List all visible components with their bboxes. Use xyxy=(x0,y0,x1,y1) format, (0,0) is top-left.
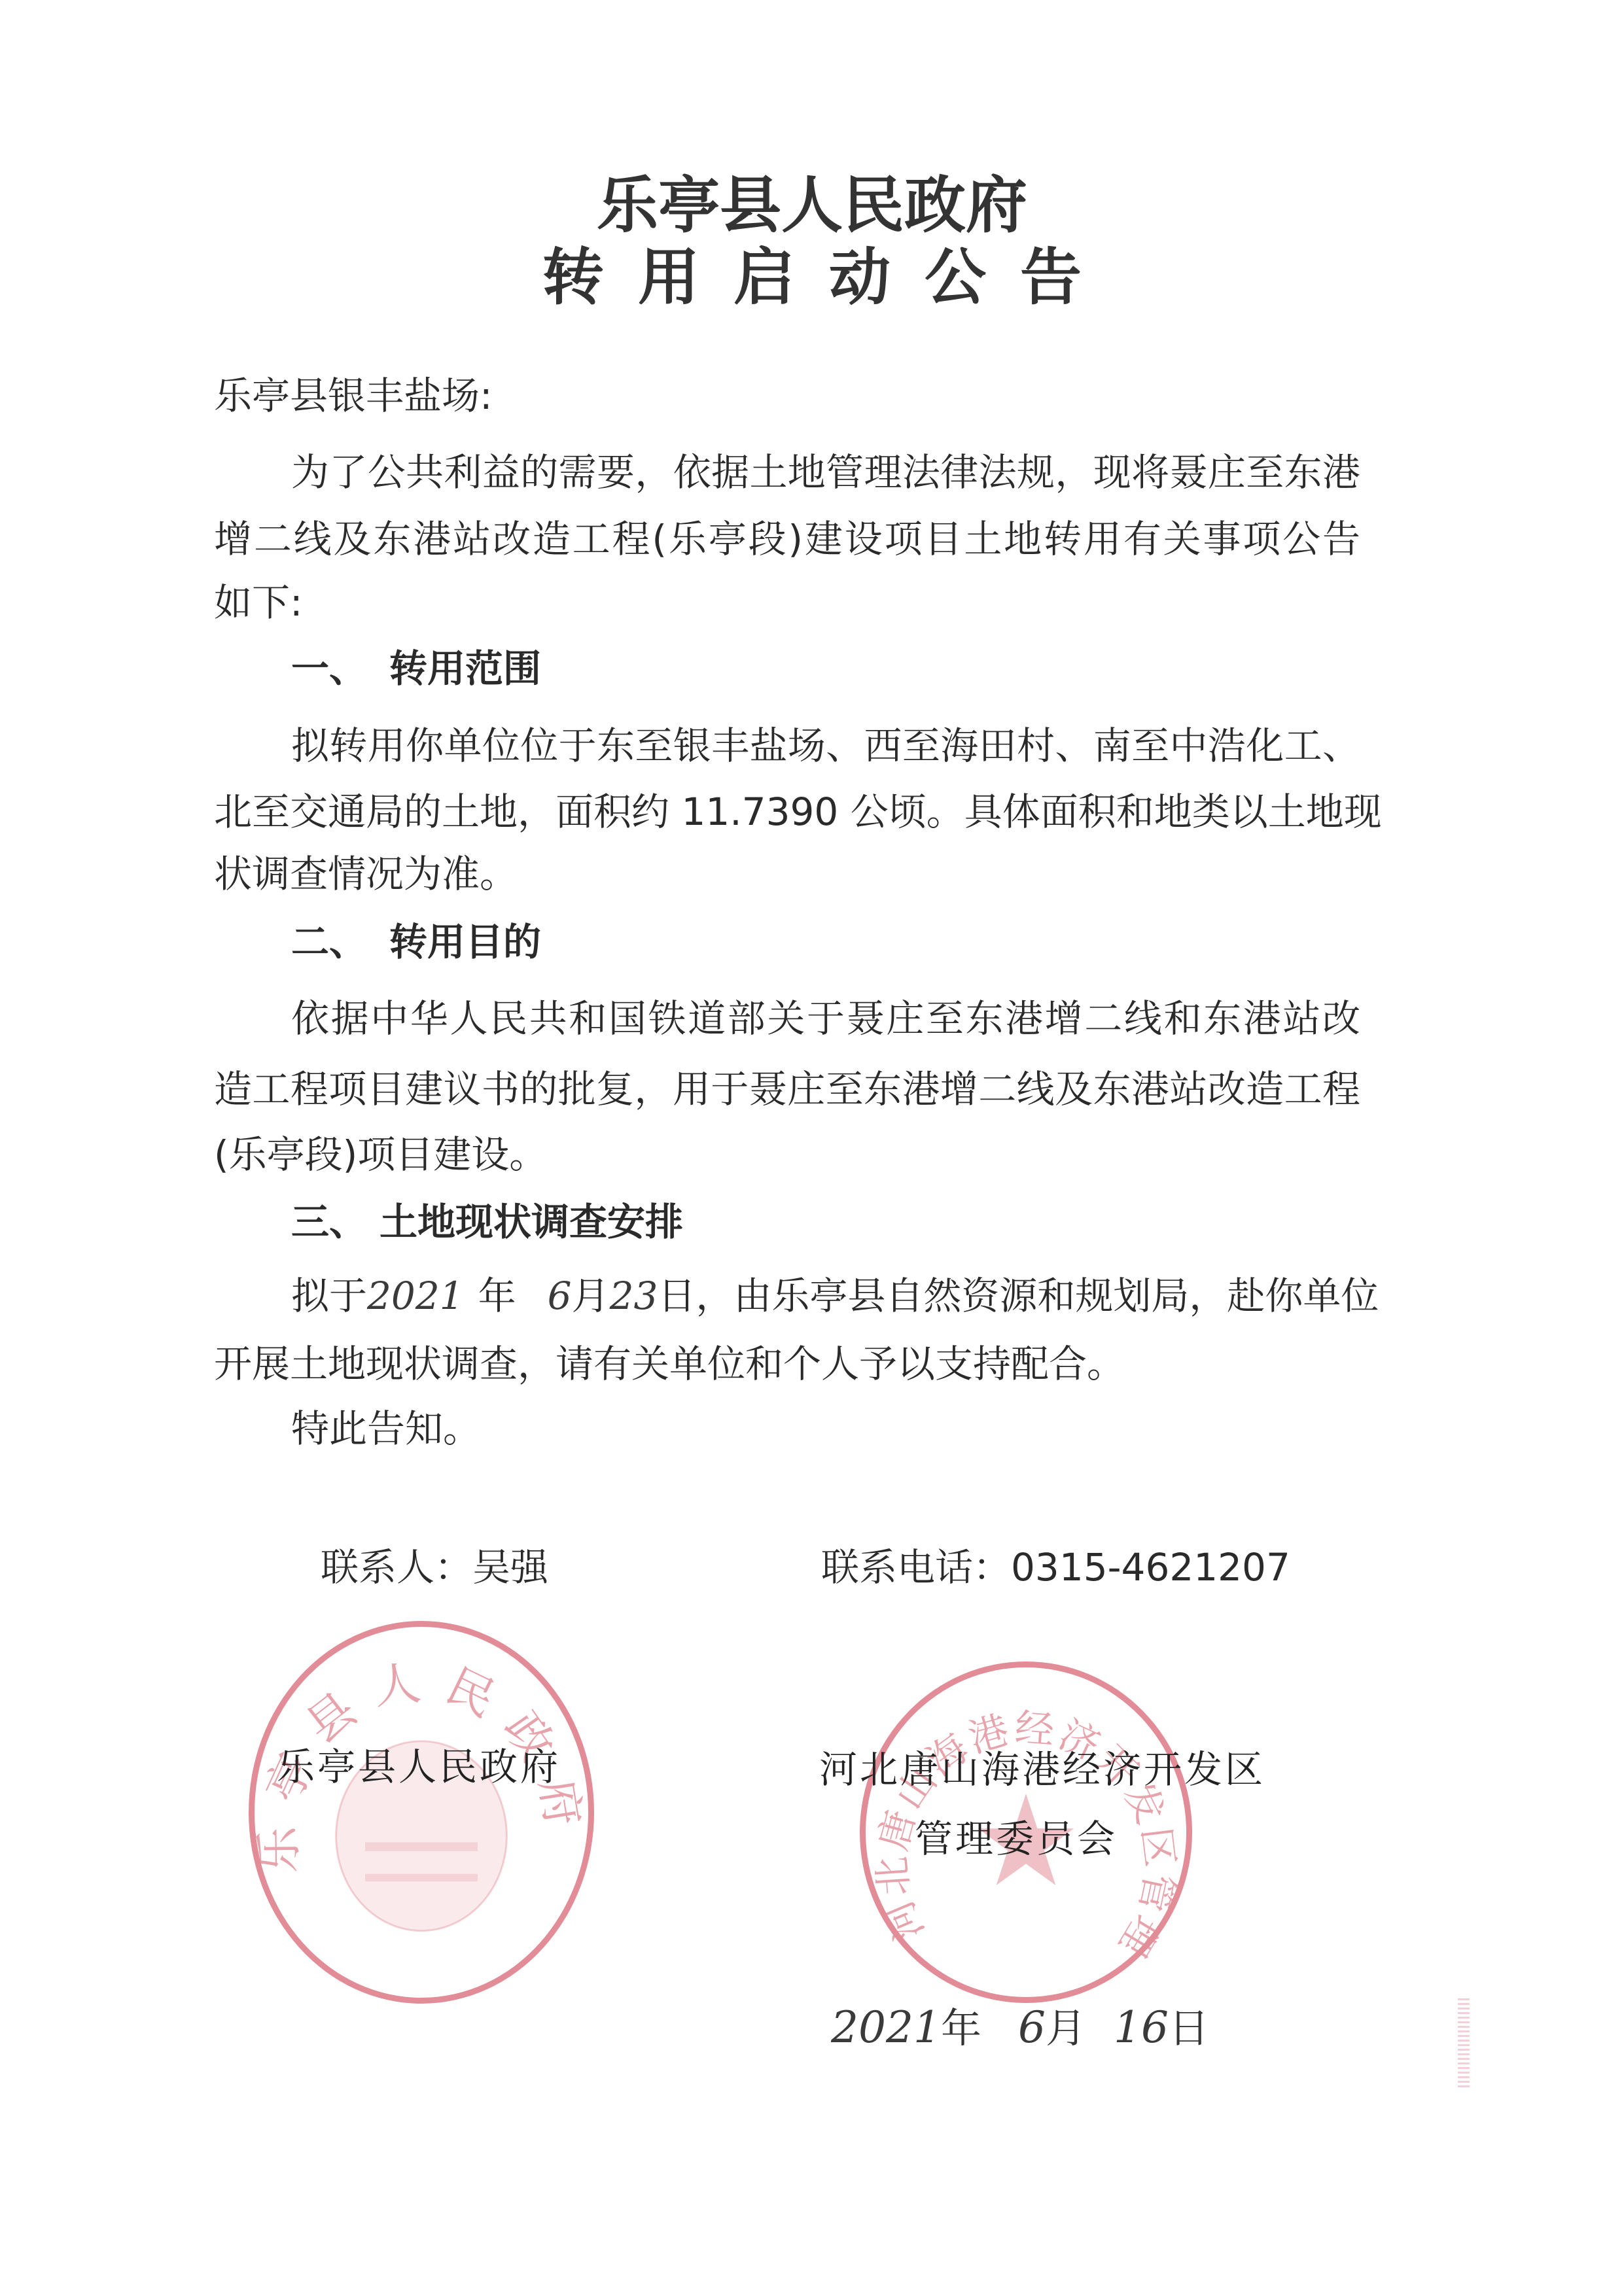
date-year-handwritten: 2021 xyxy=(831,2002,941,2053)
contact-phone-label: 联系电话： xyxy=(821,1545,1011,1590)
section-3-line-1: 拟于2021年6月23日，由乐亭县自然资源和规划局，赴你单位 xyxy=(291,1270,1360,1322)
partial-seal-mark xyxy=(1458,1998,1470,2090)
section-1-heading: 一、转用范围 xyxy=(291,642,541,695)
section-1-title: 转用范围 xyxy=(389,646,541,691)
document-title: 转用启动公告 xyxy=(0,243,1624,311)
left-signatory-label: 乐亭县人民政府 xyxy=(277,1744,561,1790)
seal-emblem-icon: 乐亭县人民政府 xyxy=(255,1627,588,1998)
survey-line-rest: 日，由乐亭县自然资源和规划局，赴你单位 xyxy=(658,1274,1379,1318)
section-3-title: 土地现状调查安排 xyxy=(380,1200,683,1244)
survey-year-handwritten: 2021 xyxy=(367,1274,464,1318)
month-suffix: 月 xyxy=(572,1274,610,1318)
document-page: 乐亭县人民政府 转用启动公告 乐亭县银丰盐场: 为了公共利益的需要，依据土地管理… xyxy=(0,0,1624,2296)
contact-phone: 联系电话：0315-4621207 xyxy=(821,1541,1290,1593)
contact-person: 联系人：吴强 xyxy=(321,1541,548,1593)
survey-day-handwritten: 23 xyxy=(610,1274,658,1318)
left-official-seal: 乐亭县人民政府 xyxy=(249,1621,594,2004)
right-signatory-label-line-2: 管理委员会 xyxy=(915,1816,1118,1862)
intro-line-1: 为了公共利益的需要，依据土地管理法律法规，现将聂庄至东港 xyxy=(291,446,1360,498)
section-2-number: 二、 xyxy=(291,916,389,968)
contact-person-name: 吴强 xyxy=(472,1545,548,1590)
date-day-handwritten: 16 xyxy=(1114,2002,1169,2053)
section-2-heading: 二、转用目的 xyxy=(291,916,541,968)
signing-date: 2021年6月16日 xyxy=(831,2002,1209,2055)
section-3-heading: 三、土地现状调查安排 xyxy=(291,1196,683,1248)
section-1-number: 一、 xyxy=(291,642,389,695)
section-2-line-3: (乐亭段)项目建设。 xyxy=(214,1128,1360,1181)
date-day-suffix: 日 xyxy=(1169,2004,1209,2052)
section-2-title: 转用目的 xyxy=(389,920,541,964)
year-suffix: 年 xyxy=(478,1274,516,1318)
contact-person-label: 联系人： xyxy=(321,1545,472,1590)
closing-text: 特此告知。 xyxy=(291,1402,1360,1455)
addressee: 乐亭县银丰盐场: xyxy=(214,370,1360,422)
date-month-suffix: 月 xyxy=(1046,2004,1086,2052)
survey-month-handwritten: 6 xyxy=(548,1274,572,1318)
document-title-issuer: 乐亭县人民政府 xyxy=(0,171,1624,239)
section-3-number: 三、 xyxy=(291,1196,380,1248)
section-1-line-1: 拟转用你单位位于东至银丰盐场、西至海田村、南至中浩化工、 xyxy=(291,720,1360,772)
contact-phone-number: 0315-4621207 xyxy=(1011,1545,1290,1590)
intro-line-3: 如下: xyxy=(214,576,1360,629)
section-2-line-1: 依据中华人民共和国铁道部关于聂庄至东港增二线和东港站改 xyxy=(291,992,1360,1045)
right-signatory-label-line-1: 河北唐山海港经济开发区 xyxy=(819,1747,1265,1792)
section-1-line-2: 北至交通局的土地，面积约 11.7390 公顷。具体面积和地类以土地现 xyxy=(214,786,1360,838)
date-year-suffix: 年 xyxy=(941,2004,981,2052)
section-2-line-2: 造工程项目建议书的批复，用于聂庄至东港增二线及东港站改造工程 xyxy=(214,1063,1360,1115)
intro-line-2: 增二线及东港站改造工程(乐亭段)建设项目土地转用有关事项公告 xyxy=(214,513,1360,565)
date-month-handwritten: 6 xyxy=(1018,2002,1046,2053)
section-3-line-2: 开展土地现状调查，请有关单位和个人予以支持配合。 xyxy=(214,1338,1360,1390)
section-1-line-3: 状调查情况为准。 xyxy=(214,848,1360,900)
survey-prefix: 拟于 xyxy=(291,1274,367,1318)
